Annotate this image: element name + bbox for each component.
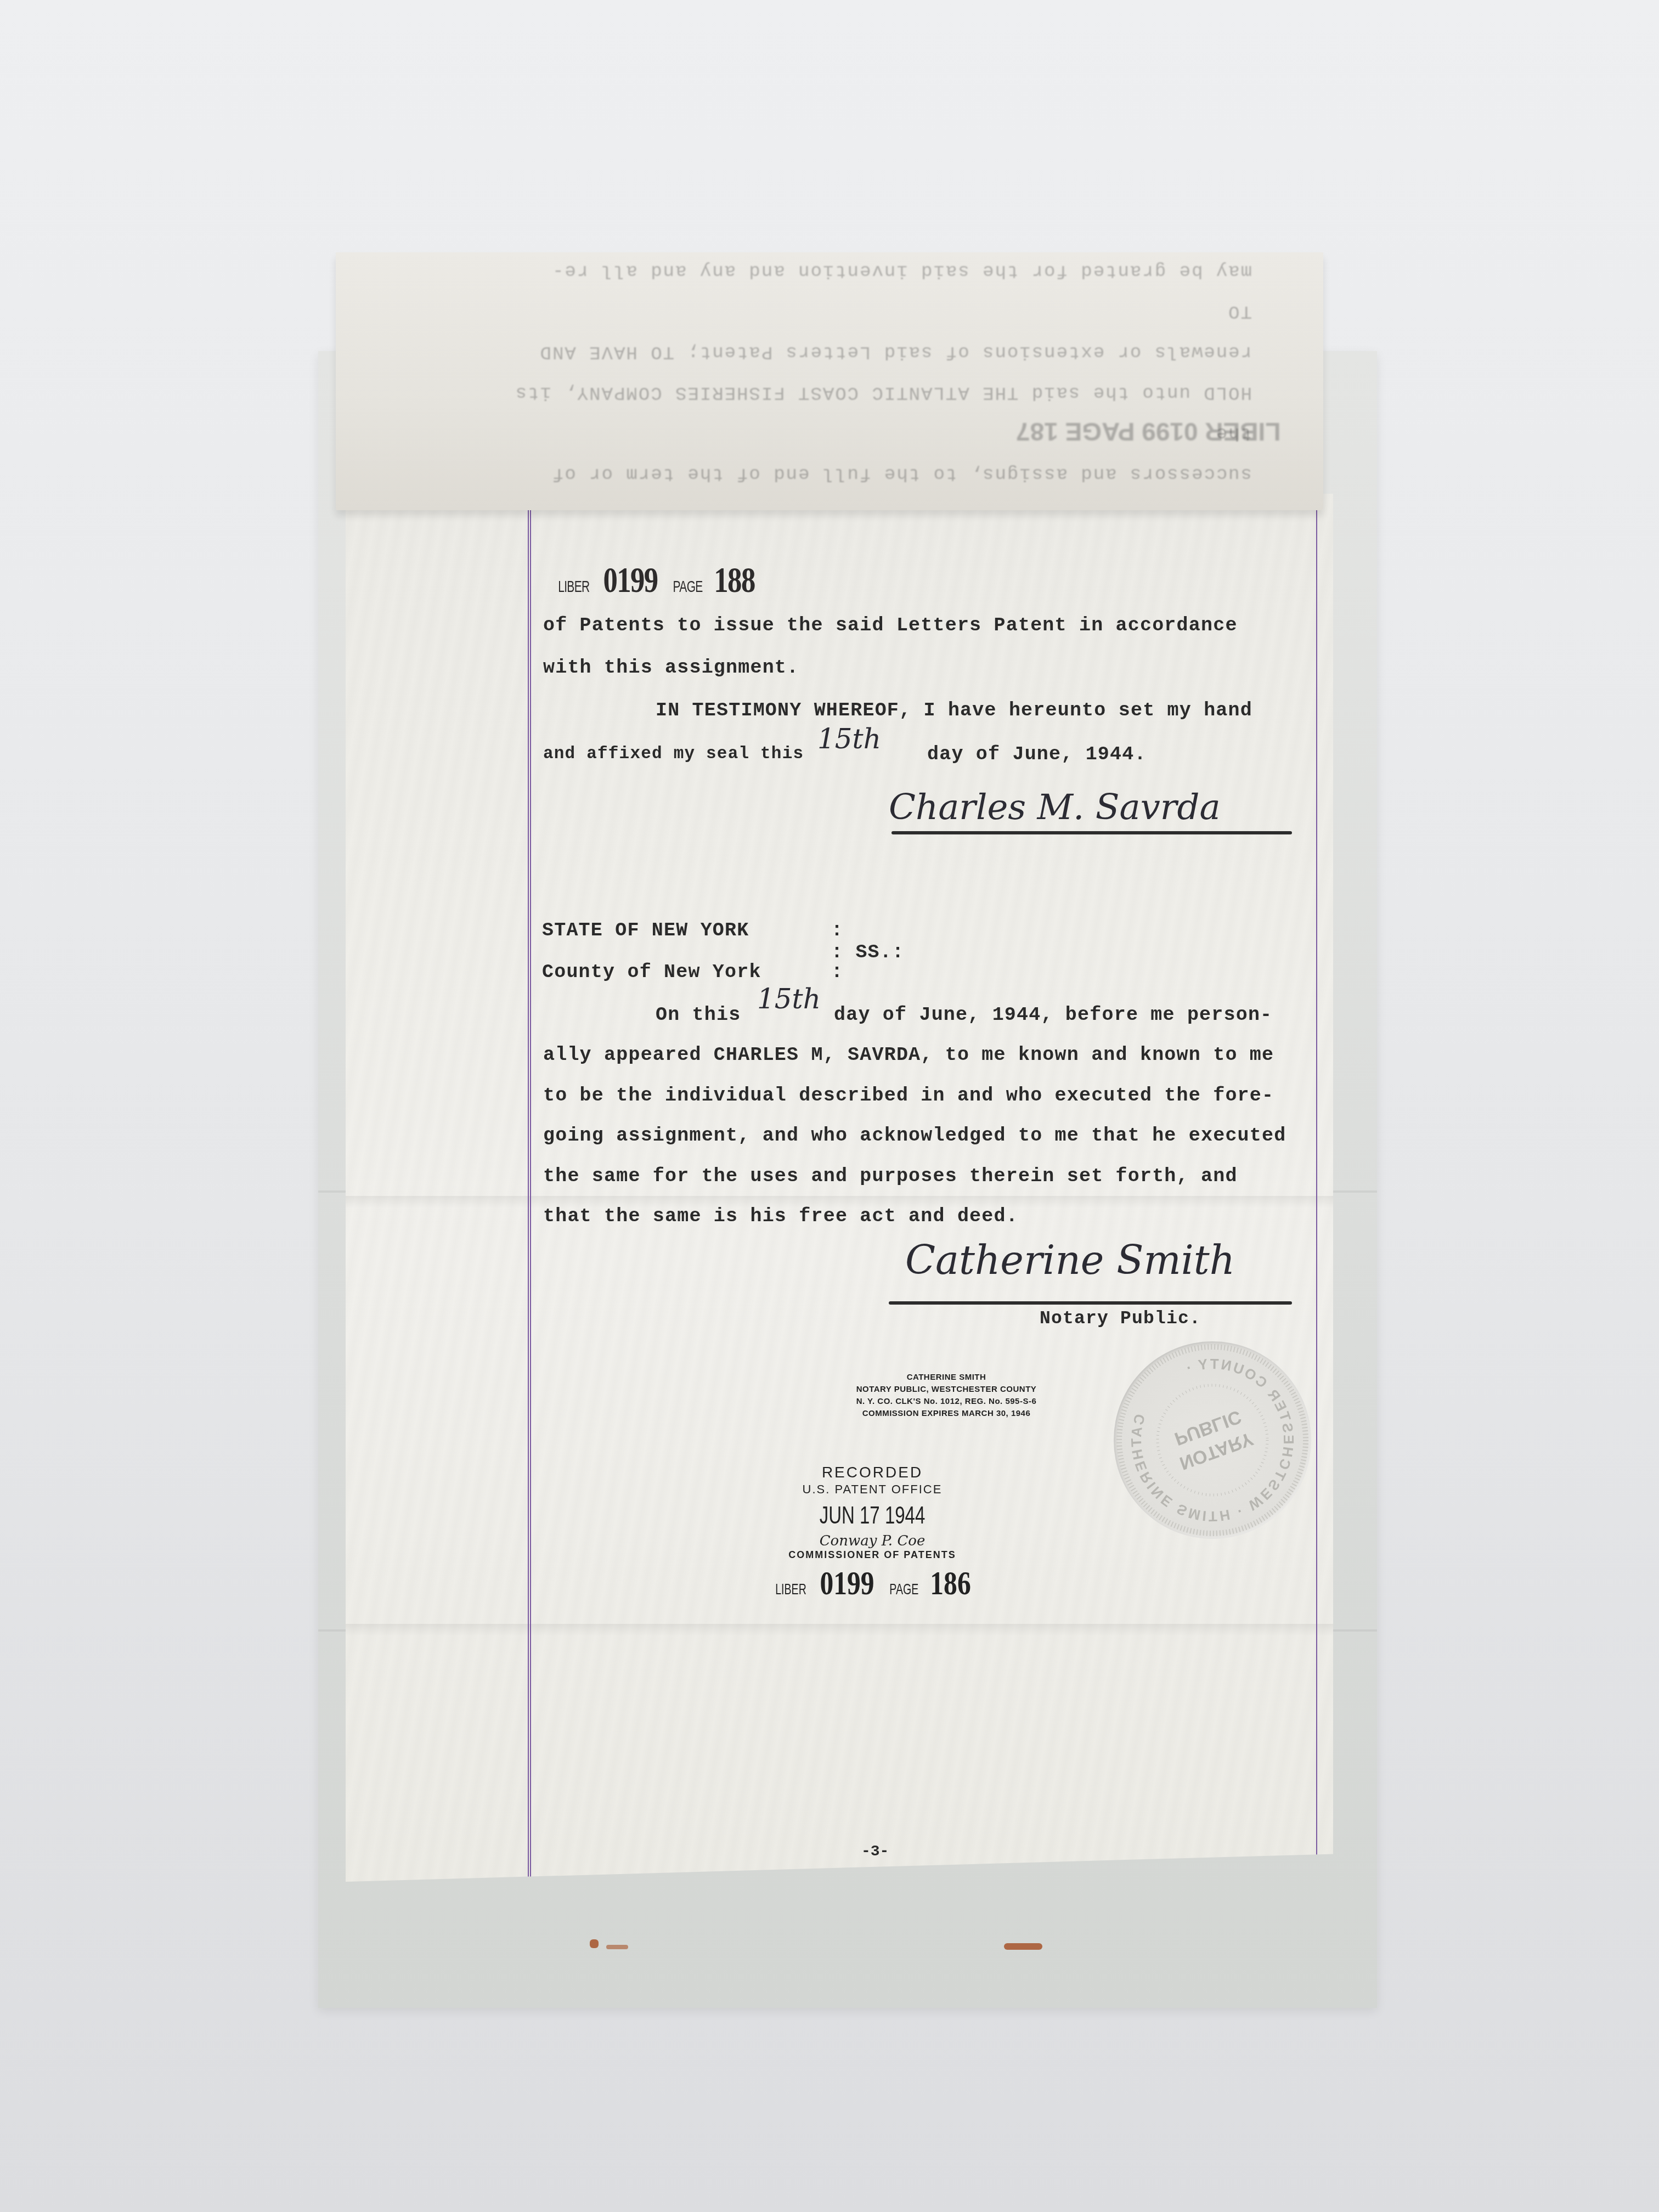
venue-ss: : SS.: <box>831 941 904 963</box>
signature-line <box>889 1301 1292 1305</box>
venue-colon: : <box>831 961 843 983</box>
showthrough-line: renewals or extensions of said Letters P… <box>511 291 1252 372</box>
recorded-stamp: RECORDED U.S. PATENT OFFICE JUN 17 1944 … <box>768 1464 977 1603</box>
seal-icon: CATHERINE SMITH · WESTCHESTER COUNTY · N… <box>1114 1341 1311 1539</box>
testimony-post: day of June, 1944. <box>927 743 1147 765</box>
page-label: PAGE <box>889 1581 918 1598</box>
rust-stain <box>1004 1943 1042 1950</box>
ack-line: to be the individual described in and wh… <box>543 1085 1274 1107</box>
page-number-stamp: 186 <box>930 1564 970 1603</box>
commissioner-title: COMMISSIONER OF PATENTS <box>768 1549 977 1561</box>
recorded-date: JUN 17 1944 <box>794 1502 951 1530</box>
rust-stain <box>606 1945 628 1949</box>
liber-number: 0199 <box>603 560 657 601</box>
signature-line <box>891 831 1292 834</box>
showthrough-line: HOLD unto the said THE ATLANTIC COAST FI… <box>511 372 1252 413</box>
rust-stain <box>590 1939 599 1948</box>
ack-line: that the same is his free act and deed. <box>543 1205 1018 1227</box>
ack-pre: On this <box>656 1004 741 1026</box>
notary-signature: Catherine Smith <box>905 1237 1235 1283</box>
liber-page-stamp-top: LIBER0199 PAGE188 <box>551 560 760 601</box>
right-margin-rule <box>1316 494 1318 1882</box>
body-line: of Patents to issue the said Letters Pat… <box>543 614 1238 636</box>
liber-number: 0199 <box>820 1564 874 1603</box>
ack-line: ally appeared CHARLES M, SAVRDA, to me k… <box>543 1044 1274 1066</box>
folded-flap: successors and assigns, to the full end … <box>336 252 1323 510</box>
venue-state: STATE OF NEW YORK <box>542 919 749 941</box>
liber-label: LIBER <box>558 578 589 596</box>
testimony-pre: and affixed my seal this <box>543 744 804 764</box>
body-line: with this assignment. <box>543 657 799 679</box>
testimony-line-2: and affixed my seal this <box>543 744 804 764</box>
showthrough-stamp: LIBER 0199 PAGE 187 <box>1016 417 1280 447</box>
notary-stamp-line: COMMISSION EXPIRES MARCH 30, 1946 <box>817 1408 1075 1420</box>
liber-page-stamp-bottom: LIBER0199 PAGE186 <box>768 1564 977 1603</box>
notary-stamp-line: NOTARY PUBLIC, WESTCHESTER COUNTY <box>817 1384 1075 1396</box>
left-margin-rule <box>528 494 531 1882</box>
showthrough-line: may be granted for the said invention an… <box>511 250 1252 291</box>
testimony-line: IN TESTIMONY WHEREOF, I have hereunto se… <box>656 699 1252 721</box>
notary-stamp-line: CATHERINE SMITH <box>817 1372 1075 1384</box>
venue-colon: : <box>831 919 843 941</box>
embossed-notary-seal: CATHERINE SMITH · WESTCHESTER COUNTY · N… <box>1114 1341 1311 1539</box>
svg-text:CATHERINE SMITH · WESTCHESTER: CATHERINE SMITH · WESTCHESTER COUNTY · <box>1114 1341 1311 1539</box>
page-number-stamp: 188 <box>714 560 754 601</box>
page-label: PAGE <box>673 578 702 596</box>
showthrough-text: successors and assigns, to the full end … <box>511 252 1252 510</box>
notary-title: Notary Public. <box>1040 1308 1201 1329</box>
handwritten-day: 15th <box>817 723 881 755</box>
fold-crease <box>346 1624 1333 1636</box>
commissioner-signature: Conway P. Coe <box>768 1533 977 1549</box>
handwritten-day: 15th <box>757 983 821 1015</box>
liber-label: LIBER <box>775 1581 806 1598</box>
ack-line: the same for the uses and purposes there… <box>543 1165 1238 1187</box>
ack-post: day of June, 1944, before me person- <box>834 1004 1272 1026</box>
ack-line: going assignment, and who acknowledged t… <box>543 1125 1286 1147</box>
assignor-signature: Charles M. Savrda <box>889 787 1221 828</box>
page-number: -3- <box>861 1843 889 1860</box>
notary-stamp: CATHERINE SMITH NOTARY PUBLIC, WESTCHEST… <box>817 1372 1075 1420</box>
patent-office-label: U.S. PATENT OFFICE <box>768 1482 977 1497</box>
recorded-label: RECORDED <box>768 1464 977 1481</box>
notary-stamp-line: N. Y. CO. CLK'S No. 1012, REG. No. 595-S… <box>817 1396 1075 1408</box>
venue-county: County of New York <box>542 961 761 983</box>
